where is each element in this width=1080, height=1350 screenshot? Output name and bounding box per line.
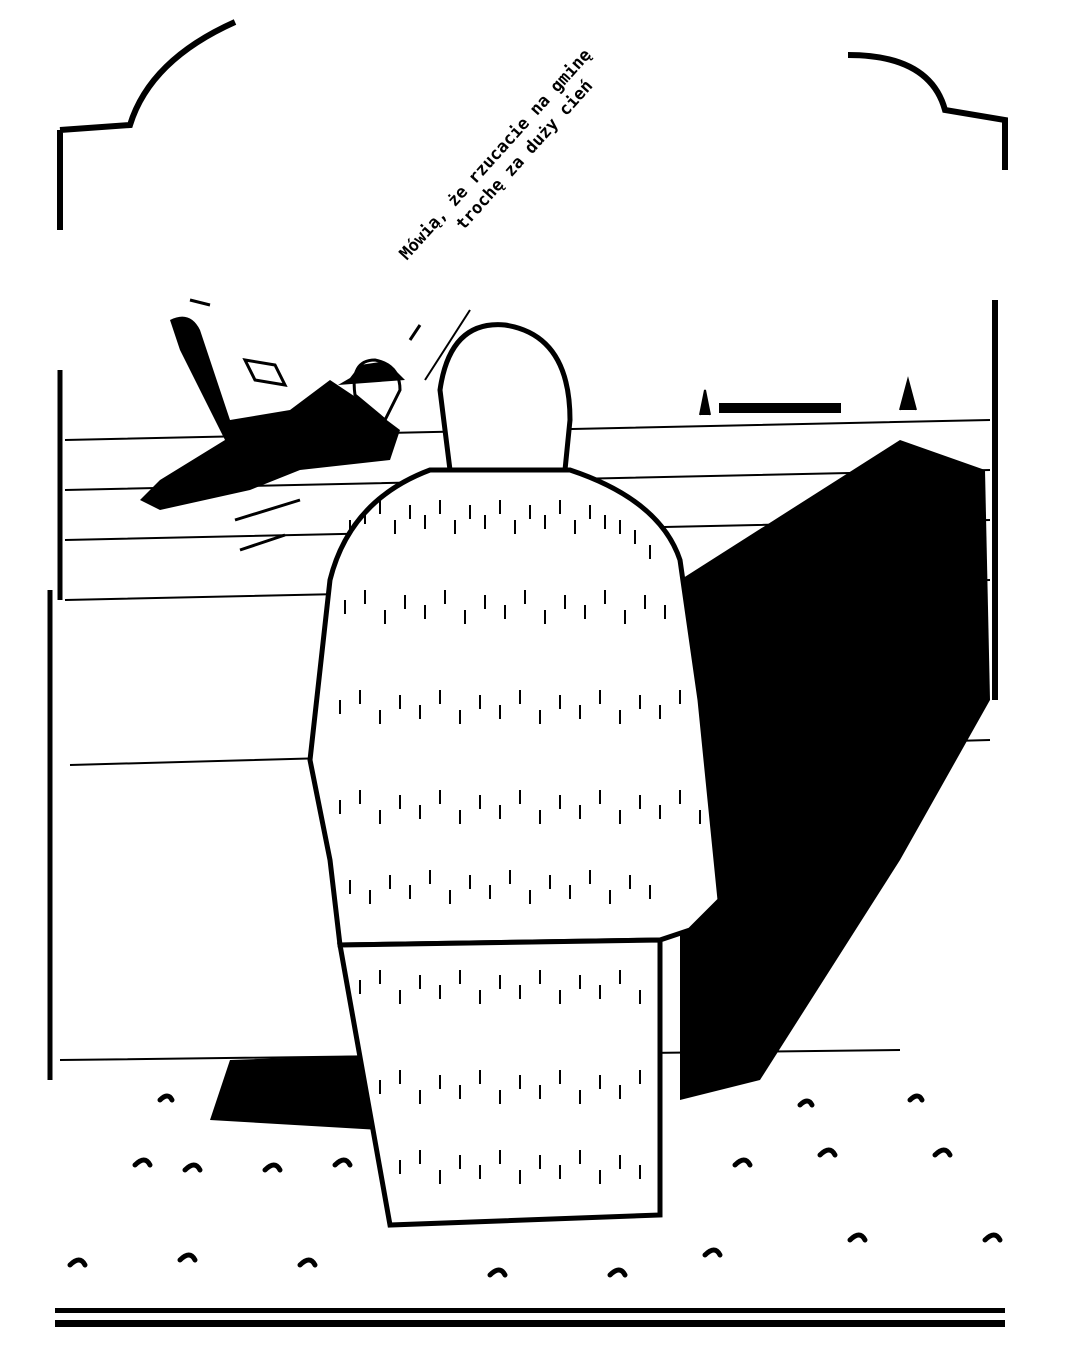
bottom-rule bbox=[55, 1308, 1005, 1313]
frame-top-left bbox=[60, 22, 235, 230]
big-man-jacket bbox=[310, 470, 720, 945]
frame-top-right bbox=[848, 55, 1005, 170]
shadow bbox=[680, 440, 990, 1100]
illustration bbox=[0, 0, 1080, 1350]
big-man-head bbox=[440, 325, 570, 470]
